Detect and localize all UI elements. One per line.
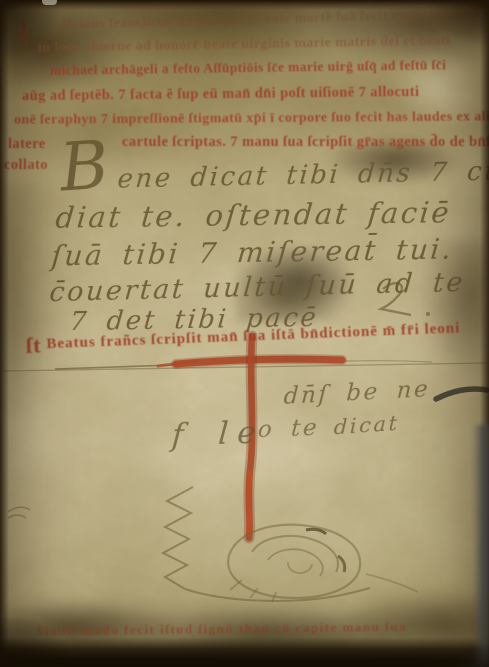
top-dark-edge — [0, 0, 489, 10]
head-dark-accent-1 — [306, 529, 326, 534]
top-rubric-line-1: Beatus franciſcus duobus annis ante mort… — [62, 6, 480, 34]
tau-bar-taper — [158, 361, 196, 366]
tau-cross-drawing — [55, 336, 432, 538]
top-rubric-line-6-left: latere — [8, 136, 46, 153]
stain-left-middle — [0, 185, 58, 425]
tau-bar-extension-left — [55, 365, 174, 369]
corner-top-left — [0, 0, 60, 62]
pen-flourish-two-shape — [381, 283, 411, 315]
head-stray-stroke — [366, 574, 418, 592]
ink-blot-center — [236, 246, 352, 322]
tau-word-dicat: dicat — [333, 411, 400, 440]
beard-strokes — [230, 580, 276, 602]
corner-top-right — [427, 0, 489, 46]
head-inner-arc-2 — [268, 549, 323, 576]
light-patch-top-right — [392, 52, 487, 127]
middle-rubric: ſtBeatus frañcs ſcripſit man̄ ſua iſtā b… — [26, 316, 461, 359]
tau-stem-shadow — [249, 336, 252, 538]
crease-line — [2, 363, 487, 371]
top-rubric-line-4: aūg ad ſeptēb. 7 facta ē ſup eū man̄ dn̄… — [22, 84, 420, 105]
stain-bottom — [0, 585, 489, 655]
blessing-line-2: diat te. oſtendat faciē — [54, 195, 453, 235]
head-inner-curl — [288, 562, 312, 573]
stain-right-middle — [420, 240, 489, 380]
manuscript-photograph: Beatus franciſcus duobus annis ante mort… — [0, 0, 489, 667]
tau-stem — [249, 336, 252, 538]
tau-bar-extension-right — [345, 361, 432, 362]
red-mark-top-left — [20, 20, 27, 45]
zigzag-sketch — [163, 487, 193, 589]
head-outline — [228, 525, 360, 598]
parchment-texture — [0, 0, 489, 667]
bottom-dark-edge — [0, 637, 489, 667]
pen-dot — [426, 312, 430, 316]
base-wavy-line — [185, 588, 370, 601]
top-rubric-line-3: michael archāgeli a feſto Aſſūptiōis ſc̄… — [50, 57, 446, 79]
top-rubric-line-7: collato — [4, 157, 48, 174]
head-inner-arc-1 — [252, 536, 338, 572]
light-patch-center — [140, 395, 350, 510]
left-dark-edge — [0, 0, 9, 667]
blessing-line-3: ſuā tibi 7 miſereat̄ tui. — [50, 233, 455, 273]
tau-word-f-le: f le — [171, 414, 266, 453]
tau-stem-bright — [249, 472, 250, 534]
pen-drawings-layer — [0, 0, 489, 667]
top-stain — [0, 0, 489, 190]
head-sketch — [228, 525, 418, 602]
right-dark-edge — [480, 0, 489, 667]
tau-bar — [176, 359, 342, 364]
corner-bottom-right — [455, 645, 489, 667]
tau-word-o-te: o te — [257, 415, 320, 443]
corner-bottom-left — [0, 617, 70, 667]
top-rubric-line-6-right: cartule ſcriptas. 7 manu ſua ſcripſit gr… — [122, 134, 489, 151]
pen-flourish-right — [436, 389, 487, 399]
blessing-initial-B: B — [58, 132, 111, 201]
texture-grain-rect — [0, 0, 489, 667]
texture-blotch-rect — [0, 0, 489, 667]
white-notch-top — [42, 0, 57, 5]
blessing-line-5: 7 det tibi pacē — [68, 303, 319, 337]
top-rubric-line-2: in loco aluerne ad honorē beate uirginis… — [38, 33, 451, 56]
left-margin-mark — [8, 507, 30, 518]
tau-bar-shadow — [176, 359, 342, 364]
ink-blot-right-of-line1 — [325, 134, 465, 186]
bottom-rubric: Simili modo fecit iſtud ſignū thau cū ca… — [36, 619, 407, 640]
head-dark-accent-2 — [338, 556, 345, 572]
blessing-line-1: ene dicat tibi dn̄s 7 cuſto — [116, 156, 489, 195]
gray-strip-right — [473, 425, 489, 667]
top-rubric-line-5: onē ſeraphyn 7 impreſſionē ſtigmatū xp̄i… — [14, 109, 489, 128]
middle-rubric-mark: ſt — [26, 332, 42, 358]
tau-word-dns-bene: dn̄ſ be ne — [283, 376, 431, 410]
middle-rubric-text: Beatus frañcs ſcripſit man̄ ſua iſtā bn̄… — [46, 320, 461, 352]
vignette — [0, 0, 489, 667]
blessing-line-4: c̄ouertat uultū ſuū ad te — [48, 267, 466, 308]
